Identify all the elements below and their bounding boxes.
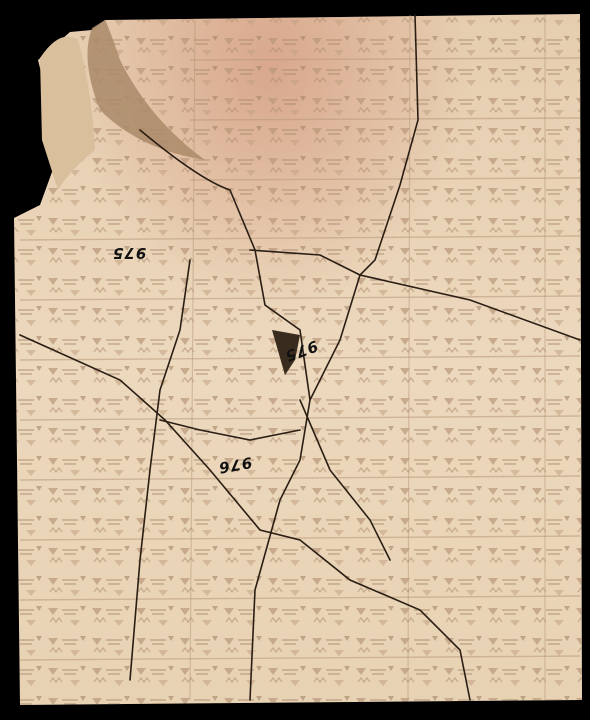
photo-scene: 975 975 976	[0, 0, 590, 720]
museum-number-label: 975	[112, 244, 146, 262]
